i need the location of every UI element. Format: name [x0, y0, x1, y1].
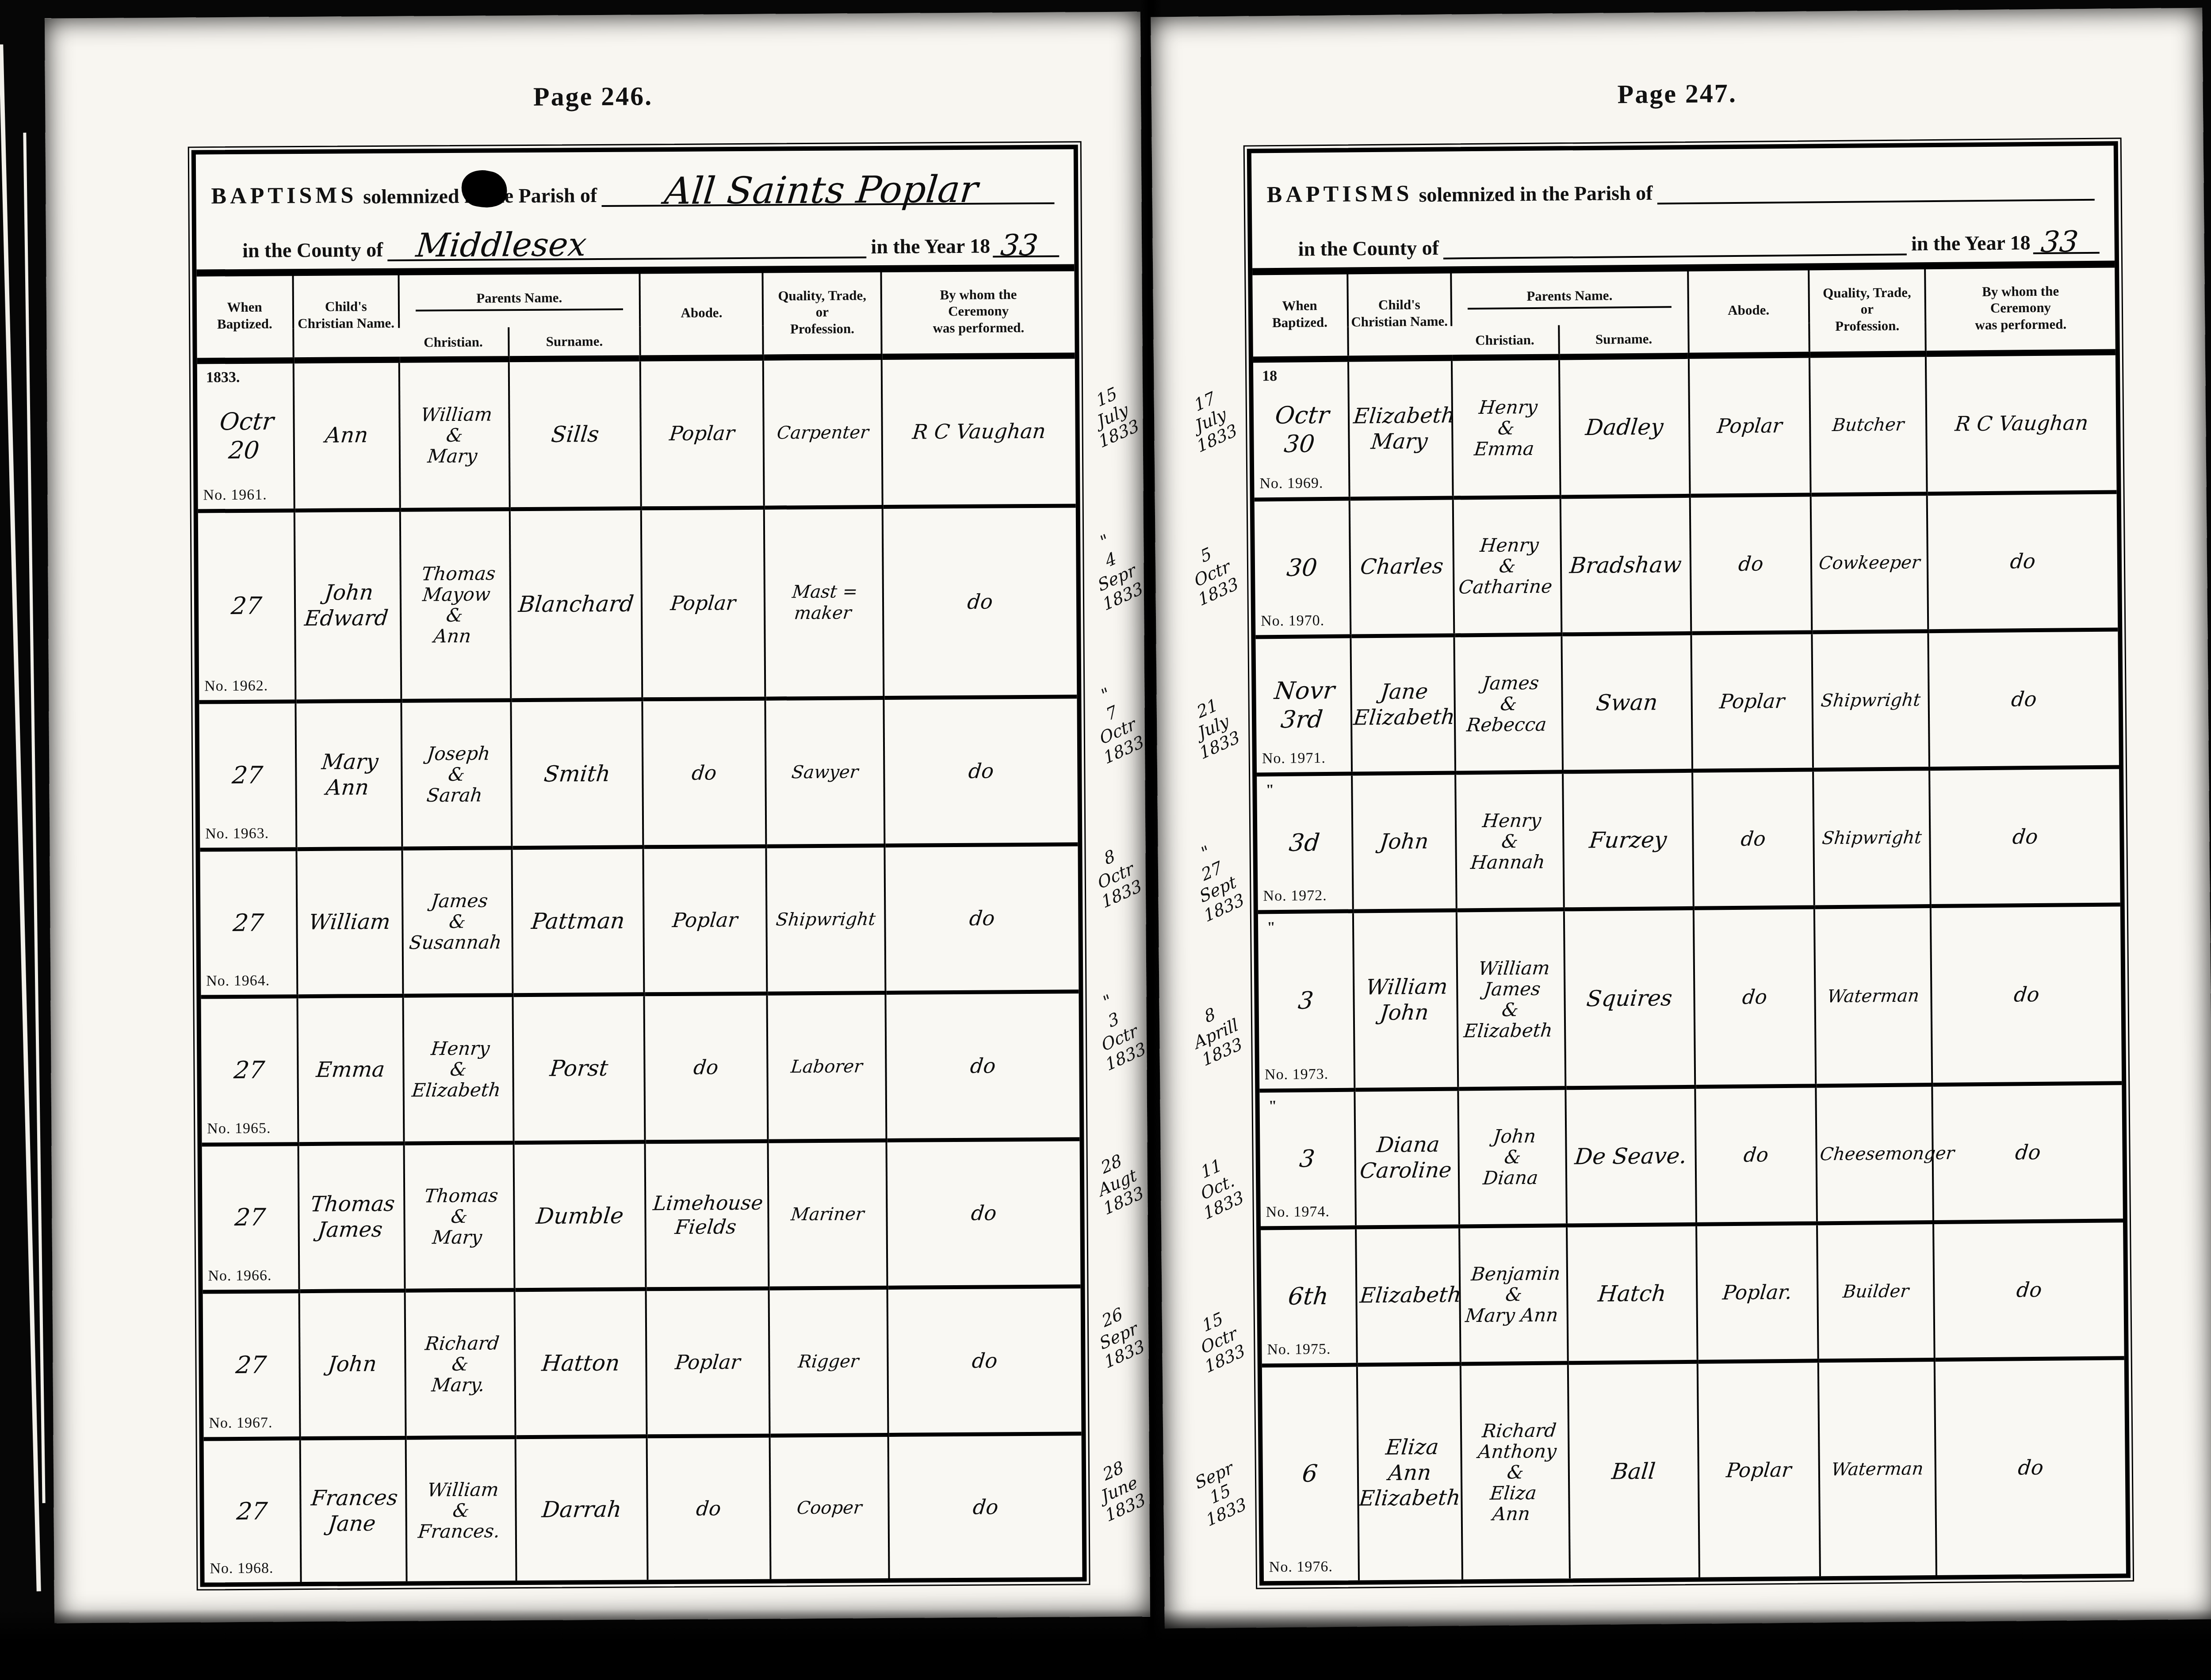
gutter-date: 15 July 1833	[1084, 379, 1142, 452]
table-row: 27No. 1964. William James & Susannah Pat…	[200, 844, 1079, 997]
ceremony-by: do	[1930, 549, 2115, 575]
gutter-date: " 3 Octr 1833	[1085, 984, 1148, 1075]
county-label: in the County of	[211, 238, 383, 262]
abode: do	[1693, 552, 1809, 577]
when-value: 3	[1262, 1144, 1353, 1174]
abode: Poplar	[1694, 689, 1810, 714]
when-year: 1833.	[206, 369, 240, 386]
book-edge-streak	[23, 133, 45, 1503]
col-header-surname: Surname.	[1559, 324, 1689, 357]
col-header-parents: Parents Name.	[1451, 269, 1688, 326]
when-value: Octr 20	[197, 407, 293, 465]
surname: Blanchard	[513, 591, 640, 618]
gutter-date: " 27 Sept 1833	[1183, 835, 1247, 926]
ceremony-by: do	[1934, 981, 2119, 1008]
parents-christian-names: Henry & Elizabeth	[404, 1038, 513, 1101]
when-year: "	[1267, 919, 1275, 936]
table-row: "3No. 1973. William John William James &…	[1258, 905, 2122, 1091]
parents-christian-names: Thomas & Mary	[405, 1185, 513, 1248]
surname: Bradshaw	[1563, 551, 1688, 579]
col-header-parents: Parents Name.	[398, 271, 640, 328]
gutter-date: 8 Octr 1833	[1087, 840, 1144, 913]
col-header-quality: Quality, Trade, or Profession.	[763, 270, 882, 358]
gutter-date: 8 Aprill 1833	[1186, 997, 1247, 1071]
child-name: Elizabeth	[1358, 1283, 1457, 1309]
parents-christian-names: James & Susannah	[403, 890, 512, 954]
page-number: Page 246.	[45, 11, 1141, 115]
table-row: 30No. 1970. Charles Henry & Catharine Br…	[1255, 492, 2118, 637]
child-name: Diana Caroline	[1356, 1132, 1457, 1184]
when-year: "	[1266, 782, 1274, 798]
when-value: 27	[203, 1056, 296, 1085]
surname: Sills	[511, 420, 639, 448]
surname: De Seave.	[1568, 1142, 1693, 1170]
child-name: Charles	[1352, 554, 1451, 580]
gutter-date: Sepr 15 1833	[1191, 1458, 1249, 1531]
parents-underline	[1468, 306, 1672, 309]
abode: do	[1697, 985, 1813, 1009]
trade: Shipwright	[1816, 827, 1928, 849]
ceremony-by: do	[888, 1053, 1078, 1079]
col-header-child: Child's Christian Name.	[1347, 271, 1452, 359]
register-header: BAPTISMS solemnized in the Parish of All…	[196, 149, 1075, 276]
county-label: in the County of	[1267, 236, 1439, 261]
parents-christian-names: John & Diana	[1459, 1126, 1565, 1189]
when-value: 27	[204, 1351, 298, 1380]
year-blank-line: 33	[2033, 202, 2100, 254]
register-page-246: Page 246. BAPTISMS solemnized in the Par…	[45, 11, 1150, 1623]
table-row: 27No. 1965. Emma Henry & Elizabeth Porst…	[201, 992, 1079, 1145]
when-value: 27	[205, 1497, 298, 1526]
entry-number: No. 1963.	[205, 825, 269, 842]
when-value: 30	[1256, 553, 1348, 583]
parents-christian-names: Henry & Emma	[1453, 397, 1559, 460]
county-handwritten-value: Middlesex	[414, 225, 589, 265]
table-row: 27No. 1968. Frances Jane William & Franc…	[204, 1434, 1083, 1582]
when-value: Novr 3rd	[1256, 676, 1350, 734]
trade: Mariner	[771, 1203, 884, 1226]
ceremony-by: do	[889, 1201, 1079, 1226]
surname: Squires	[1567, 984, 1692, 1012]
col-header-by-whom: By whom the Ceremony was performed.	[881, 268, 1075, 357]
entry-number: No. 1974.	[1266, 1203, 1330, 1221]
col-header-surname: Surname.	[509, 327, 640, 359]
register-header: BAPTISMS solemnized in the Parish of in …	[1251, 145, 2115, 275]
gutter-date: 28 Augt 1833	[1089, 1146, 1146, 1219]
child-name: John	[1354, 829, 1454, 855]
when-value: 6th	[1262, 1282, 1354, 1311]
col-header-when: When Baptized.	[1252, 272, 1348, 360]
register-page-247: Page 247. BAPTISMS solemnized in the Par…	[1151, 8, 2211, 1629]
table-row: 6thNo. 1975. Elizabeth Benjamin & Mary A…	[1261, 1221, 2124, 1366]
entry-number: No. 1969.	[1259, 475, 1323, 492]
trade: Carpenter	[766, 422, 880, 444]
year-label: in the Year 18	[871, 234, 990, 259]
trade: Rigger	[772, 1351, 885, 1373]
parents-christian-names: Benjamin & Mary Ann	[1460, 1263, 1567, 1326]
trade: Cheesemonger	[1819, 1143, 1930, 1165]
baptism-table-left: When Baptized. Child's Christian Name. P…	[196, 268, 1082, 1582]
page-number: Page 247.	[1151, 8, 2203, 114]
ceremony-by: do	[1932, 824, 2118, 850]
gutter-date: 15 Octr 1833	[1190, 1304, 1247, 1377]
trade: Waterman	[1821, 1458, 1933, 1480]
table-row: 27No. 1967. John Richard & Mary. Hatton …	[203, 1287, 1082, 1439]
entry-number: No. 1972.	[1263, 887, 1327, 905]
year-blank-line: 33	[993, 206, 1060, 258]
parents-christian-names: Richard Anthony & Eliza Ann	[1460, 1420, 1570, 1524]
surname: Hatch	[1570, 1280, 1695, 1307]
trade: Cowkeeper	[1813, 552, 1925, 574]
trade: Laborer	[770, 1056, 884, 1078]
surname: Hatton	[517, 1350, 644, 1377]
col-header-quality: Quality, Trade, or Profession.	[1809, 267, 1926, 355]
gutter-date: 21 July 1833	[1185, 691, 1242, 764]
baptism-table-right: When Baptized. Child's Christian Name. P…	[1252, 265, 2126, 1581]
entry-number: No. 1968.	[210, 1560, 273, 1577]
child-name: Jane Elizabeth	[1352, 679, 1454, 730]
when-value: 3	[1260, 986, 1351, 1016]
surname: Smith	[513, 760, 641, 787]
gutter-date: 11 Oct. 1833	[1189, 1151, 1246, 1224]
entry-number: No. 1975.	[1267, 1341, 1331, 1358]
when-year: 18	[1262, 368, 1277, 385]
gutter-date: " 4 Sepr 1833	[1082, 523, 1145, 615]
abode: Poplar	[643, 421, 761, 446]
ceremony-by: do	[887, 758, 1076, 784]
entry-number: No. 1961.	[203, 486, 267, 504]
col-header-when: When Baptized.	[196, 273, 294, 361]
trade: Butcher	[1813, 414, 1924, 436]
table-row: "3No. 1974. Diana Caroline John & Diana …	[1259, 1083, 2123, 1228]
abode: do	[647, 1055, 765, 1080]
gutter-dates-left: 15 July 1833 " 4 Sepr 1833 " 7 Octr 1833…	[1077, 339, 1155, 1566]
parents-christian-names: Henry & Hannah	[1456, 809, 1563, 873]
register-table-frame: BAPTISMS solemnized in the Parish of in …	[1247, 141, 2131, 1585]
ceremony-by: do	[891, 1494, 1080, 1520]
book-bottom-shadow	[0, 1609, 2211, 1680]
entry-number: No. 1962.	[204, 678, 268, 695]
ceremony-by: do	[1931, 686, 2117, 712]
gutter-date: 17 July 1833	[1182, 384, 1239, 457]
parents-underline	[416, 308, 624, 311]
ceremony-by: R C Vaughan	[1929, 411, 2115, 437]
county-blank-line: Middlesex	[387, 207, 867, 261]
table-row: 18Octr 30No. 1969. Elizabeth Mary Henry …	[1253, 352, 2117, 500]
col-header-christian: Christian.	[399, 328, 509, 360]
year-handwritten-value: 33	[2039, 224, 2080, 260]
abode: Poplar	[644, 591, 762, 616]
table-row: Novr 3rdNo. 1971. Jane Elizabeth James &…	[1255, 630, 2119, 775]
entry-number: No. 1964.	[206, 973, 270, 990]
col-header-christian: Christian.	[1451, 325, 1559, 358]
ceremony-by: do	[890, 1348, 1079, 1374]
year-handwritten-value: 33	[999, 228, 1040, 263]
abode: do	[650, 1497, 768, 1521]
when-value: 27	[201, 761, 294, 790]
abode: do	[645, 760, 763, 785]
table-row: "3dNo. 1972. John Henry & Hannah Furzey …	[1257, 767, 2120, 912]
abode: Poplar.	[1699, 1280, 1815, 1305]
surname: Pattman	[514, 907, 642, 935]
child-name: John Edward	[296, 580, 400, 632]
col-header-child: Child's Christian Name.	[293, 273, 399, 361]
surname: Swan	[1565, 689, 1689, 716]
when-value: 27	[202, 909, 295, 938]
entry-number: No. 1967.	[209, 1415, 272, 1432]
when-value: 27	[200, 592, 293, 621]
baptisms-title: BAPTISMS	[211, 182, 357, 209]
child-name: Elizabeth Mary	[1350, 403, 1451, 455]
table-row: 6No. 1976. Eliza Ann Elizabeth Richard A…	[1262, 1358, 2126, 1581]
table-row: 27No. 1966. Thomas James Thomas & Mary D…	[202, 1139, 1081, 1292]
gutter-date: " 7 Octr 1833	[1083, 677, 1146, 768]
table-row: 27No. 1963. Mary Ann Joseph & Sarah Smit…	[199, 697, 1078, 850]
abode: do	[1698, 1142, 1814, 1167]
col-header-abode: Abode.	[640, 271, 763, 359]
child-name: William John	[1355, 974, 1456, 1026]
child-name: Mary Ann	[297, 749, 401, 801]
entry-number: No. 1976.	[1269, 1558, 1333, 1576]
gutter-date: 28 June 1833	[1091, 1453, 1148, 1526]
abode: do	[1695, 827, 1811, 851]
gutter-date: 26 Sepr 1833	[1090, 1300, 1147, 1373]
when-value: 3d	[1259, 828, 1350, 858]
child-name: John	[302, 1352, 403, 1378]
child-name: Frances Jane	[302, 1485, 405, 1537]
ceremony-by: R C Vaughan	[884, 419, 1074, 445]
entry-number: No. 1966.	[208, 1268, 272, 1285]
child-name: Thomas James	[300, 1191, 403, 1243]
when-value: Octr 30	[1254, 401, 1348, 458]
register-table-frame: BAPTISMS solemnized in the Parish of All…	[191, 145, 1087, 1587]
child-name: Ann	[296, 423, 397, 449]
abode: Poplar	[1701, 1458, 1817, 1482]
baptisms-title: BAPTISMS	[1266, 180, 1412, 208]
ceremony-by: do	[886, 589, 1075, 615]
gutter-date: 5 Octr 1833	[1183, 537, 1241, 610]
ceremony-by: do	[1935, 1140, 2121, 1166]
trade: Mast = maker	[766, 581, 882, 625]
when-value: 27	[203, 1203, 297, 1233]
col-header-by-whom: By whom the Ceremony was performed.	[1925, 265, 2115, 354]
parents-christian-names: James & Rebecca	[1455, 672, 1561, 735]
entry-number: No. 1973.	[1265, 1066, 1328, 1083]
when-year: "	[1268, 1098, 1277, 1115]
col-header-abode: Abode.	[1688, 267, 1809, 356]
trade: Sawyer	[768, 761, 882, 783]
trade: Shipwright	[1815, 689, 1926, 711]
parents-christian-names: Henry & Catharine	[1454, 535, 1561, 598]
abode: Poplar	[649, 1350, 767, 1375]
entry-number: No. 1970.	[1261, 612, 1324, 630]
child-name: Eliza Ann Elizabeth	[1358, 1435, 1461, 1512]
surname: Ball	[1571, 1457, 1696, 1485]
surname: Porst	[515, 1055, 643, 1082]
county-blank-line	[1443, 204, 1907, 260]
parish-handwritten-value: All Saints Poplar	[663, 167, 980, 214]
abode: Poplar	[646, 908, 764, 933]
abode: Limehouse Fields	[647, 1191, 768, 1239]
child-name: William	[299, 909, 400, 935]
child-name: Emma	[300, 1057, 401, 1083]
parents-christian-names: Joseph & Sarah	[402, 743, 511, 806]
trade: Waterman	[1817, 985, 1929, 1007]
surname: Dadley	[1562, 413, 1687, 441]
ceremony-by: do	[887, 906, 1077, 932]
entry-number: No. 1965.	[207, 1120, 271, 1137]
when-value: 6	[1264, 1459, 1356, 1489]
solemnized-label: solemnized in the Parish of	[1419, 181, 1653, 207]
parents-christian-names: Thomas Mayow & Ann	[400, 563, 511, 647]
parish-blank-line: All Saints Poplar	[601, 150, 1055, 207]
trade: Builder	[1820, 1280, 1932, 1302]
table-row: 27No. 1962. John Edward Thomas Mayow & A…	[198, 506, 1077, 703]
ceremony-by: do	[1936, 1277, 2122, 1303]
entry-number: No. 1971.	[1262, 750, 1326, 767]
trade: Cooper	[773, 1497, 886, 1519]
trade: Shipwright	[769, 909, 883, 931]
parents-christian-names: William James & Elizabeth	[1457, 957, 1565, 1041]
year-label: in the Year 18	[1911, 231, 2031, 255]
parents-christian-names: William & Frances.	[406, 1479, 515, 1542]
table-row: 1833.Octr 20No. 1961. Ann William & Mary…	[197, 356, 1076, 511]
parents-christian-names: William & Mary	[400, 404, 509, 467]
surname: Darrah	[518, 1496, 645, 1523]
gutter-dates-right: 17 July 1833 5 Octr 1833 21 July 1833 " …	[1175, 344, 1256, 1571]
surname: Furzey	[1566, 826, 1691, 854]
abode: Poplar	[1691, 413, 1807, 438]
parish-blank-line	[1657, 147, 2095, 205]
parents-christian-names: Richard & Mary.	[405, 1333, 514, 1396]
ceremony-by: do	[1938, 1455, 2123, 1481]
surname: Dumble	[516, 1202, 643, 1229]
